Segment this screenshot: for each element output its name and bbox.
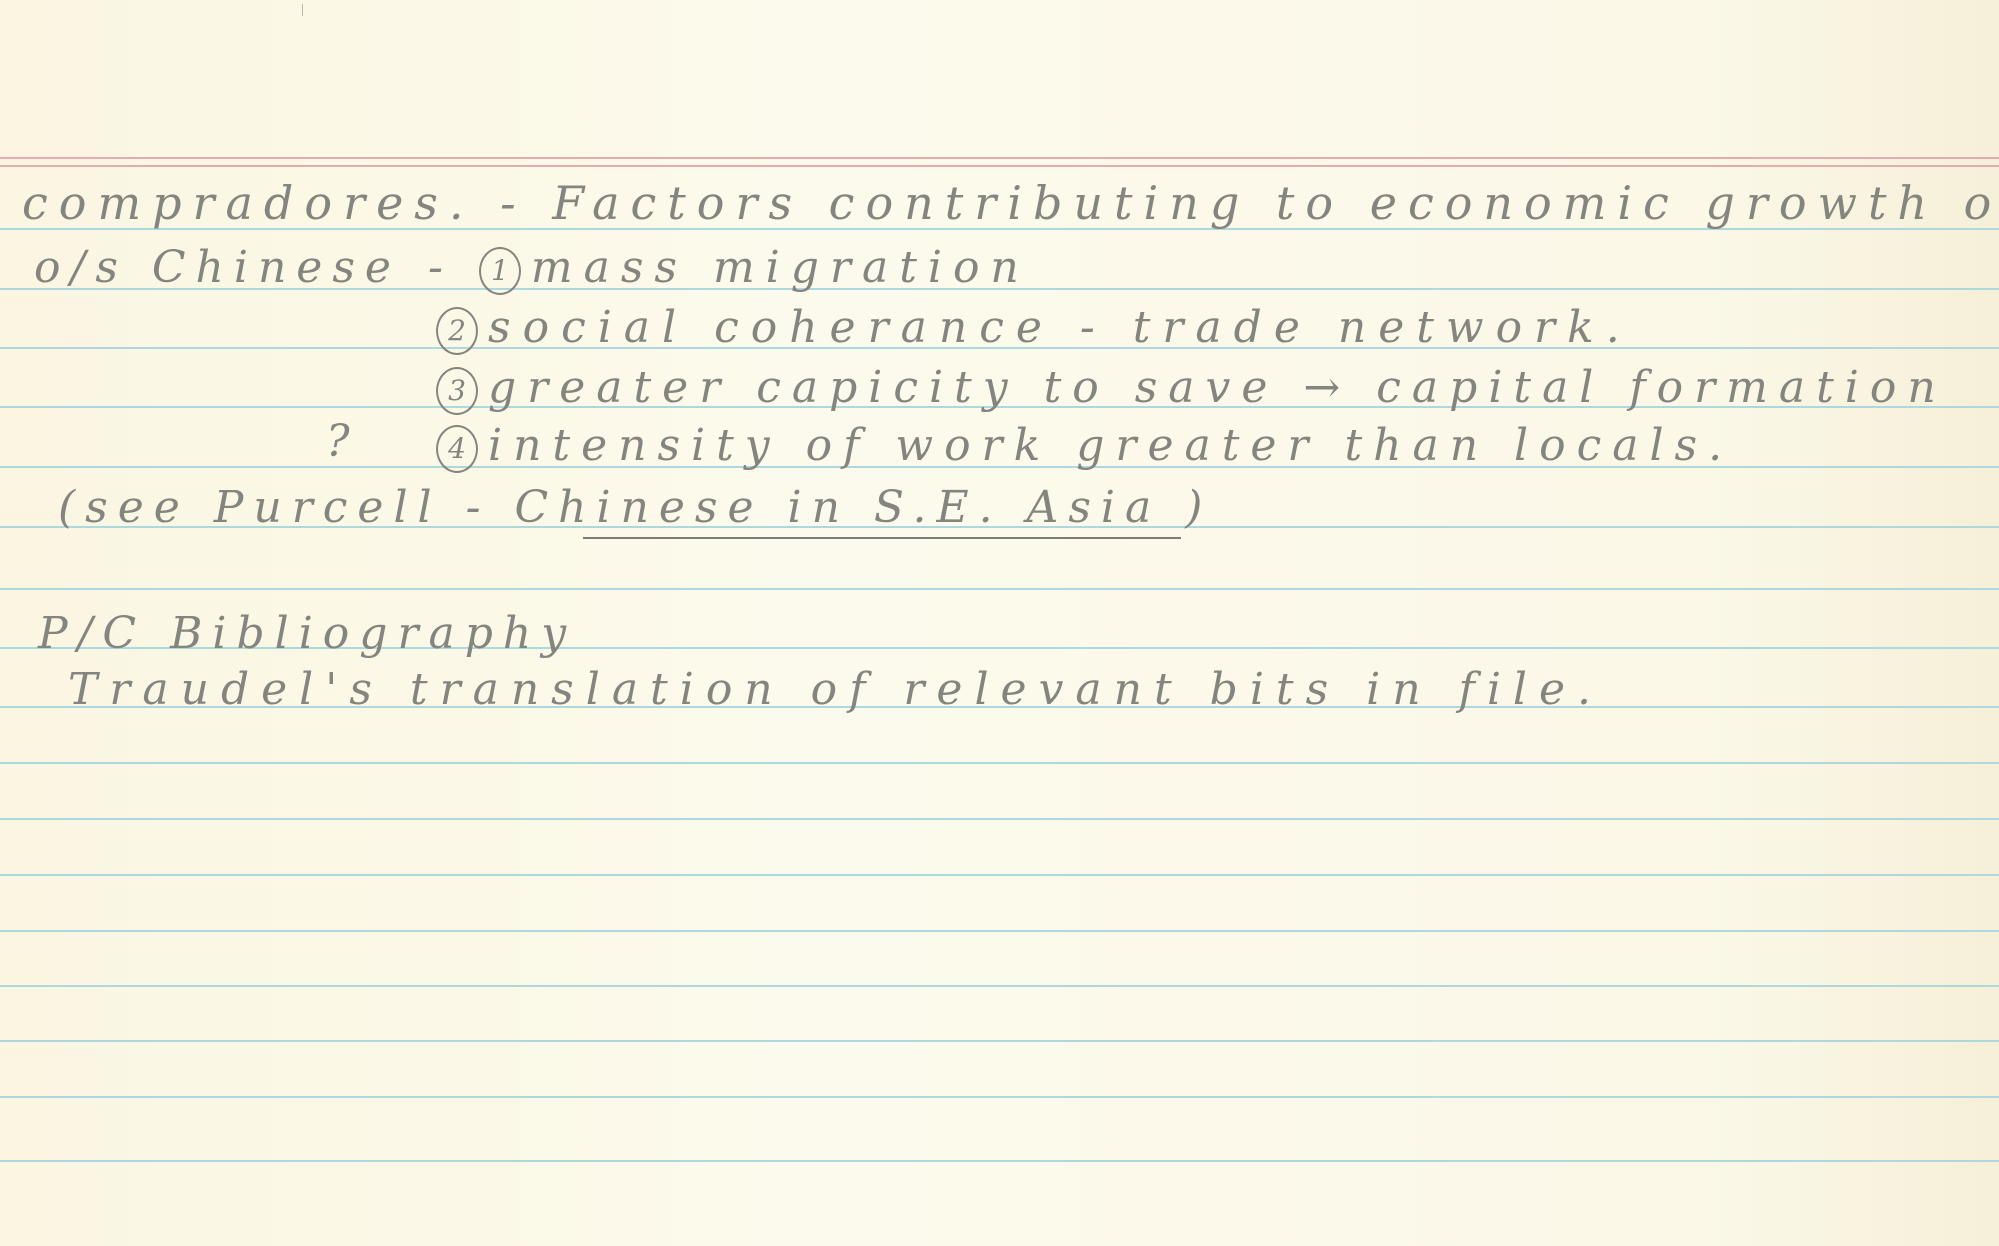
reference-title: Chinese in S.E. Asia bbox=[514, 482, 1161, 533]
ruled-line bbox=[0, 762, 1999, 764]
reference-prefix: (see Purcell - bbox=[58, 482, 514, 533]
factor-item-4: 4intensity of work greater than locals. bbox=[436, 424, 1733, 473]
index-card: compradores. - Factors contributing to e… bbox=[0, 0, 1999, 1246]
item-4-question-mark: ? bbox=[326, 420, 360, 464]
bibliography-note: Traudel's translation of relevant bits i… bbox=[68, 668, 1603, 712]
factor-item-2: 2social coherance - trade network. bbox=[436, 306, 1632, 355]
item-number-3: 3 bbox=[436, 367, 478, 415]
ruled-line bbox=[0, 874, 1999, 876]
item-number-2: 2 bbox=[436, 307, 478, 355]
factor-item-3-text: greater capicity to save → capital forma… bbox=[488, 362, 1947, 413]
header-rule-top bbox=[0, 157, 1999, 159]
pencil-speck bbox=[302, 4, 303, 16]
item-number-1: 1 bbox=[479, 247, 521, 295]
ruled-line bbox=[0, 930, 1999, 932]
dash-mark: - bbox=[428, 242, 479, 293]
ruled-line bbox=[0, 1160, 1999, 1162]
reference-title-underline bbox=[583, 537, 1181, 539]
factor-item-2-text: social coherance - trade network. bbox=[488, 302, 1632, 353]
note-line-2-prefix: o/s Chinese bbox=[34, 246, 401, 290]
factor-item-3: 3greater capicity to save → capital form… bbox=[436, 366, 1947, 415]
factor-item-4-text: intensity of work greater than locals. bbox=[488, 420, 1733, 471]
ruled-line bbox=[0, 588, 1999, 590]
item-number-4: 4 bbox=[436, 425, 478, 473]
note-line-1: compradores. - Factors contributing to e… bbox=[22, 180, 1999, 226]
ruled-line bbox=[0, 985, 1999, 987]
bibliography-heading: P/C Bibliography bbox=[38, 612, 576, 656]
factor-item-1: - 1mass migration bbox=[428, 246, 1030, 295]
reference-suffix: ) bbox=[1161, 482, 1212, 533]
header-rule-bottom bbox=[0, 165, 1999, 167]
ruled-line bbox=[0, 818, 1999, 820]
ruled-line bbox=[0, 1096, 1999, 1098]
reference-line: (see Purcell - Chinese in S.E. Asia ) bbox=[58, 486, 1212, 530]
ruled-line bbox=[0, 1040, 1999, 1042]
factor-item-1-text: mass migration bbox=[531, 242, 1030, 293]
